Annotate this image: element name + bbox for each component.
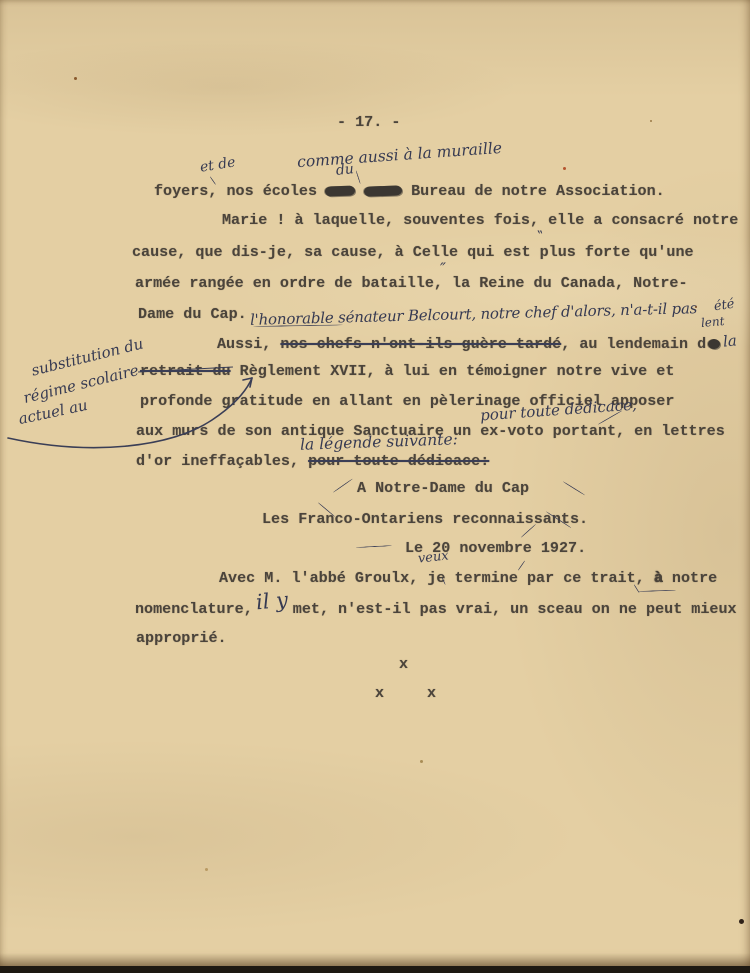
margin-arrow	[0, 350, 270, 450]
typed-line: foyers, nos écoles Bureau de notre Assoc…	[154, 181, 665, 201]
pen-stroke	[333, 478, 353, 493]
handwritten-insertion: il y	[255, 589, 289, 615]
typed-line-dedication: Les Franco-Ontariens reconnaissants.	[262, 509, 588, 529]
typed-text: Avec M. l'abbé Groulx, je termine par ce…	[219, 569, 654, 587]
typed-line: approprié.	[136, 628, 227, 648]
typed-text: foyers, nos écoles	[154, 182, 317, 200]
typed-line: nomenclature,met, n'est-il pas vrai, un …	[135, 599, 737, 619]
paper-speck	[695, 306, 697, 308]
ink-blot	[708, 339, 720, 349]
pen-stroke	[356, 545, 392, 548]
struck-text: nos chefs n'ont-ils guère tardé	[280, 335, 561, 353]
typed-x-mark: x	[399, 654, 408, 674]
typed-line: Dame du Cap.	[138, 304, 247, 324]
handwritten-quote-mark: ″	[440, 260, 446, 278]
typed-line-dedication: A Notre-Dame du Cap	[357, 478, 529, 498]
handwritten-insertion: veux	[417, 549, 449, 566]
typed-line: Aussi, nos chefs n'ont-ils guère tardé, …	[217, 333, 737, 354]
handwritten-quote-mark: ‶	[536, 228, 542, 246]
typed-line: Avec M. l'abbé Groulx, je termine par ce…	[219, 568, 717, 588]
typed-text: Bureau de notre Association.	[402, 182, 665, 200]
typed-line: cause, que dis-je, sa cause, à Celle qui…	[132, 242, 694, 262]
typed-text: notre	[663, 569, 717, 587]
overtyped-text: à	[654, 569, 663, 587]
pen-stroke	[563, 481, 586, 496]
paper-speck	[420, 760, 423, 763]
handwritten-insertion: et de	[199, 155, 237, 176]
typed-line: armée rangée en ordre de bataille, la Re…	[135, 273, 688, 293]
handwritten-insertion: la	[722, 330, 737, 351]
typed-line: d'or ineffaçables, pour toute dédicace:	[136, 451, 489, 471]
typed-x-mark: x	[375, 683, 384, 703]
handwritten-insertion: du	[335, 162, 354, 179]
pen-stroke	[638, 590, 676, 592]
handwritten-insertion: comme aussi à la muraille	[297, 140, 503, 171]
ink-blot	[325, 185, 355, 196]
typed-x-mark: x	[427, 683, 436, 703]
typed-text: nomenclature,	[135, 600, 253, 618]
ink-blot	[364, 185, 402, 196]
page-number: - 17. -	[337, 112, 400, 132]
struck-text: pour toute dédicace:	[308, 452, 489, 470]
typed-text: Règlement XVII, à lui en témoigner notre…	[231, 362, 675, 380]
handwritten-insertion: été	[713, 298, 735, 315]
scan-shadow	[0, 953, 750, 966]
typed-text: met, n'est-il pas vrai, un sceau on ne p…	[293, 600, 737, 618]
handwritten-insertion: lent	[700, 315, 725, 330]
scan-edge	[0, 966, 750, 973]
typed-line: Marie ! à laquelle, souventes fois, elle…	[222, 210, 738, 230]
paper-speck	[563, 167, 566, 170]
typed-text: , au lendemain d	[561, 335, 706, 353]
paper-speck	[74, 77, 77, 80]
paper-speck	[739, 919, 744, 924]
paper-speck	[650, 120, 652, 122]
typed-text: d'or ineffaçables,	[136, 452, 308, 470]
paper-speck	[205, 868, 208, 871]
scanned-manuscript-page: - 17. - foyers, nos écoles Bureau de not…	[0, 0, 750, 973]
